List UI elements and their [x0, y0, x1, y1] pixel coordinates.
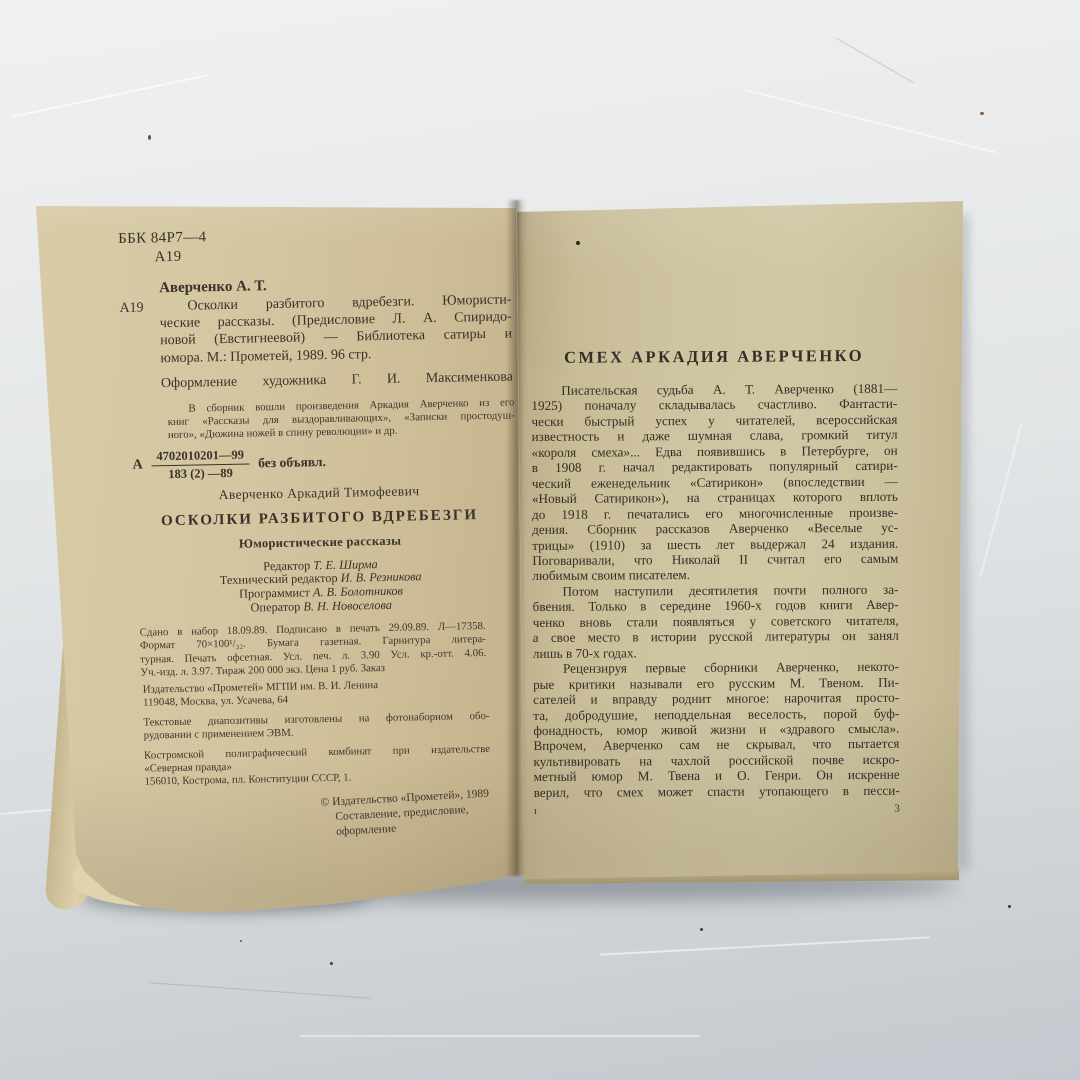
dust-speck — [700, 928, 703, 931]
editorial-staff: Редактор Т. Е. ШирмаТехнический редактор… — [124, 555, 517, 617]
annotation: В сборник вошли произведения Аркадия Аве… — [167, 396, 515, 442]
copyright-block: © Издательство «Прометей», 1989Составлен… — [320, 785, 527, 841]
publisher-block: Издательство «Прометей» МГПИ им. В. И. Л… — [143, 677, 489, 709]
design-credit: Оформление художника Г. И. Максименкова — [161, 368, 513, 393]
catalog-letter: А — [132, 458, 142, 474]
staff-name: И. В. Резникова — [341, 570, 422, 586]
catalog-suffix: без объявл. — [258, 454, 326, 471]
bbk-classification: ББК 84Р7—4А19 — [118, 222, 511, 268]
desk-scratch — [600, 936, 930, 955]
text-line: Поговаривали, что Николай II считал его … — [532, 551, 898, 569]
dust-speck — [1008, 905, 1011, 908]
text-line: в 1908 г. начал редактировать популярный… — [532, 458, 898, 476]
text-line: верил, что смех может спасти утопающего … — [534, 783, 900, 801]
chapter-heading: СМЕХ АРКАДИЯ АВЕРЧЕНКО — [531, 346, 897, 368]
ink-speck — [576, 241, 580, 245]
catalog-number: А 4702010201—99 183 (2) —89 без объявл. — [132, 442, 515, 482]
left-page-text: ББК 84Р7—4А19 Аверченко А. Т. А19 Осколк… — [118, 222, 522, 841]
author-full-name: Аверченко Аркадий Тимофеевич — [123, 481, 515, 505]
text-line: Оформление художника Г. И. Максименкова — [161, 368, 513, 393]
text-line: «Новый Сатирикон»), на страницах которог… — [532, 489, 898, 507]
book-title: ОСКОЛКИ РАЗБИТОГО ВДРЕБЕЗГИ — [123, 506, 515, 531]
catalog-denominator: 183 (2) —89 — [152, 464, 250, 482]
catalog-card-paragraph: А19 Осколки разбитого вдребезги. Юморист… — [159, 291, 512, 367]
printer-block: Костромской полиграфический комбинат при… — [144, 743, 491, 788]
desk-scratch — [12, 74, 208, 118]
desk-scratch — [150, 982, 370, 998]
page-number: 3 — [894, 803, 900, 815]
paragraph: Потом наступили десятилетия почти полног… — [532, 582, 898, 661]
dust-speck — [980, 112, 984, 115]
staff-name: В. Н. Новоселова — [303, 597, 392, 613]
dust-speck — [148, 135, 151, 140]
desk-scratch — [979, 422, 1022, 577]
catalog-fraction: 4702010201—99 183 (2) —89 — [151, 447, 249, 482]
photo-of-open-book: ББК 84Р7—4А19 Аверченко А. Т. А19 Осколк… — [0, 0, 1080, 1080]
text-line: сателей и вправду роднит многое: нарочит… — [533, 690, 899, 708]
text-line: Рецензируя первые сборники Аверченко, не… — [533, 659, 899, 677]
chapter-body: Писательская судьба А. Т. Аверченко (188… — [531, 381, 900, 800]
staff-role: Оператор — [250, 599, 303, 614]
desk-scratch — [744, 89, 997, 154]
text-line: а свое место в истории русской литератур… — [533, 628, 899, 646]
desk-scratch — [836, 38, 914, 84]
book-subtitle: Юмористические рассказы — [124, 531, 516, 554]
imprint-block: Сдано в набор 18.09.89. Подписано в печа… — [140, 620, 487, 679]
phototype-block: Текстовые диапозитивы изготовлены на фот… — [143, 710, 489, 743]
paragraph: Писательская судьба А. Т. Аверченко (188… — [531, 381, 898, 584]
catalog-numerator: 4702010201—99 — [151, 447, 249, 466]
staff-role: Редактор — [263, 558, 313, 573]
page-footer: ı 3 — [534, 803, 900, 817]
dust-speck — [240, 940, 242, 942]
paragraph: Рецензируя первые сборники Аверченко, не… — [533, 659, 900, 800]
right-page-text: СМЕХ АРКАДИЯ АВЕРЧЕНКО Писательская судь… — [531, 346, 900, 817]
footer-mark: ı — [534, 805, 537, 817]
desk-scratch — [300, 1035, 700, 1037]
dust-speck — [330, 962, 333, 965]
index-code: А19 — [119, 300, 143, 318]
text-line: дения. Сборник рассказов Аверченко «Весе… — [532, 520, 898, 538]
